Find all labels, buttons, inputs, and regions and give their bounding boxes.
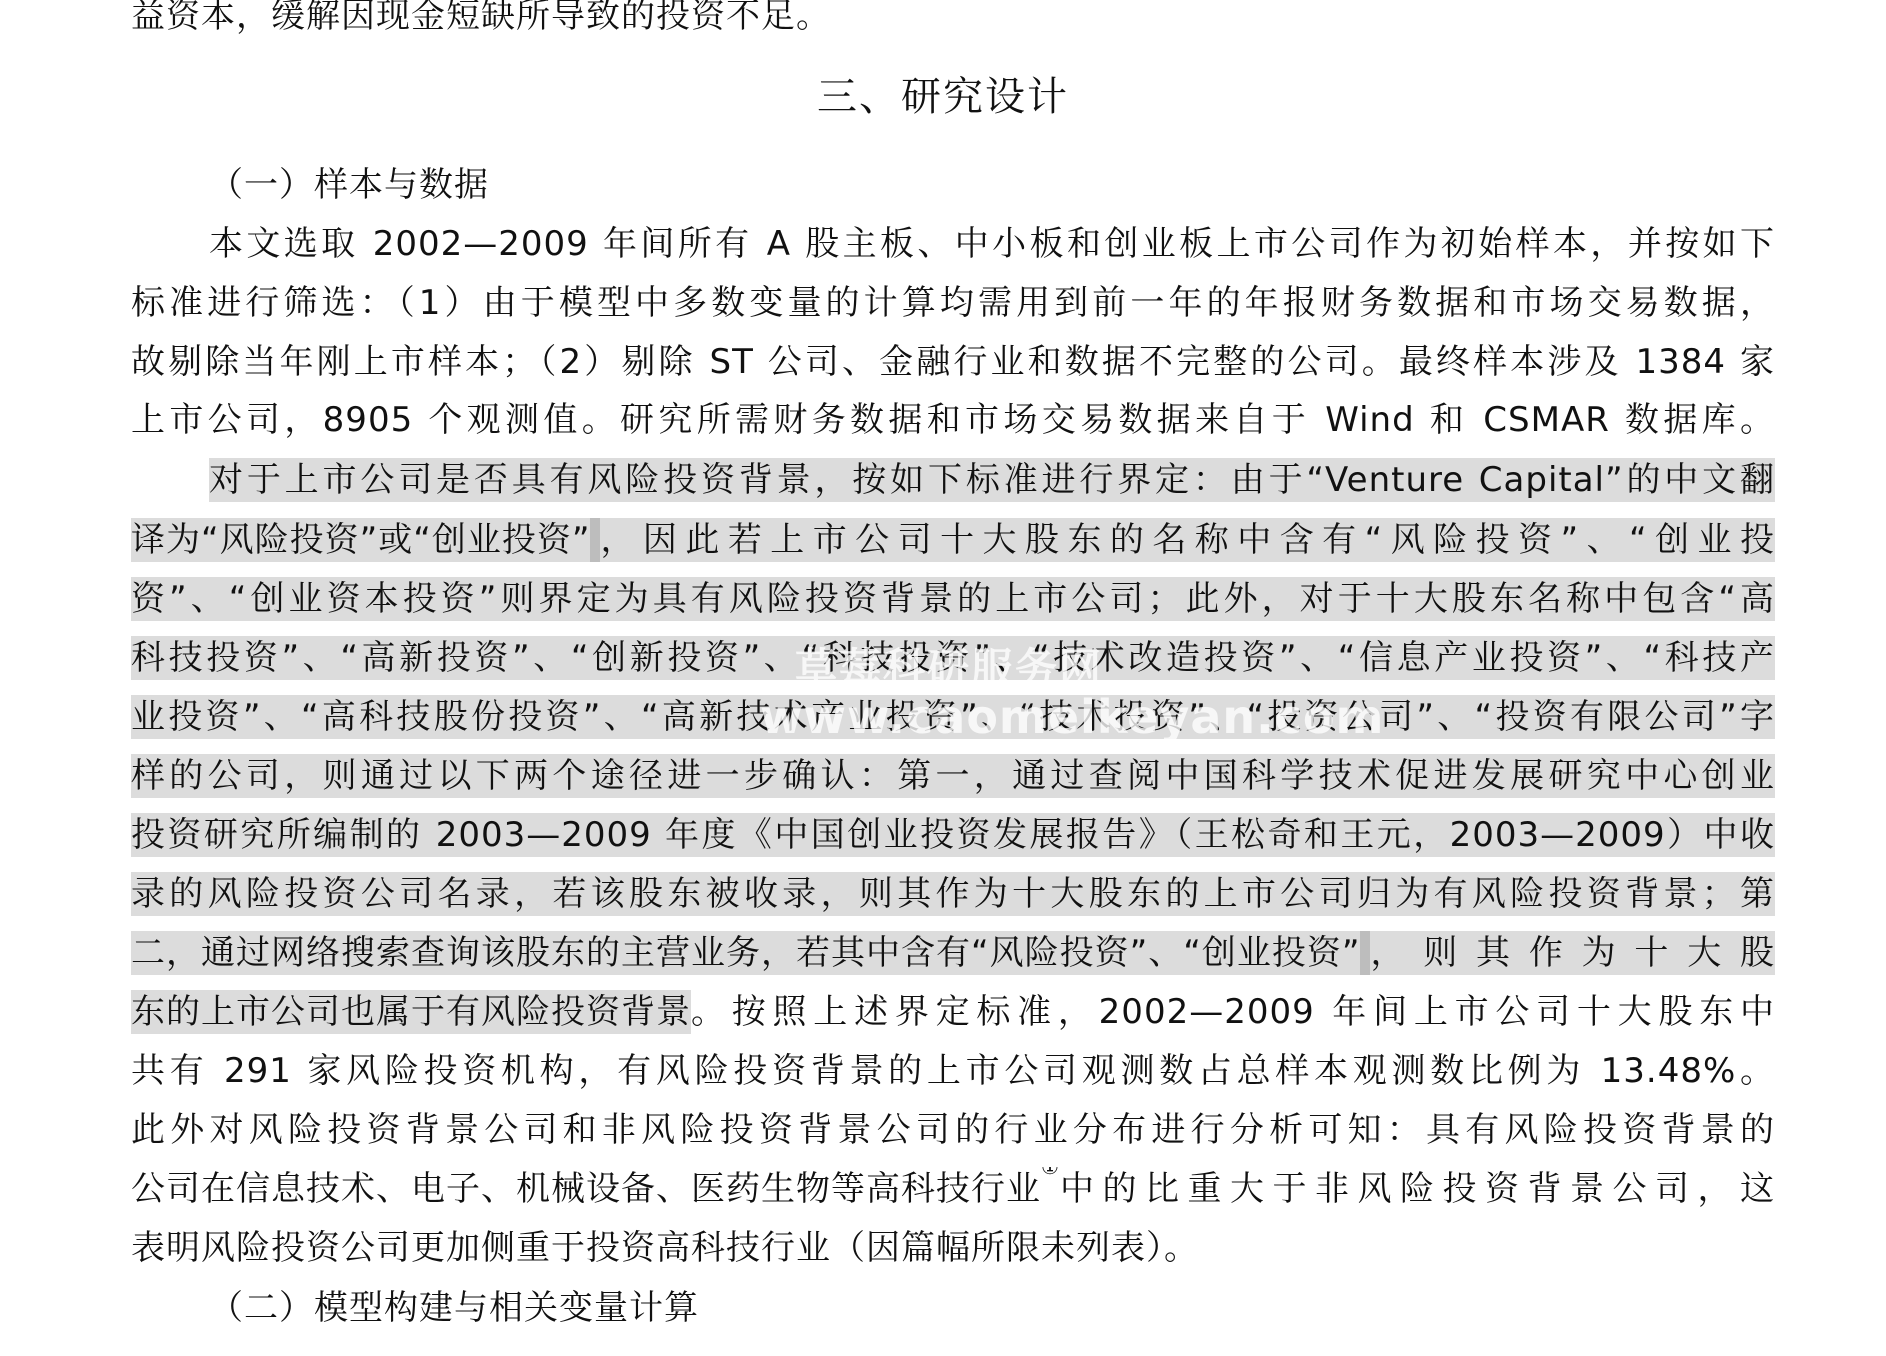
subsection-heading-sample-data: （一）样本与数据 bbox=[209, 163, 489, 207]
highlighted-line[interactable]: 对于上市公司是否具有风险投资背景，按如下标准进行界定：由于“Venture Ca… bbox=[209, 458, 1775, 502]
paragraph-line: 共有 291 家风险投资机构，有风险投资背景的上市公司观测数占总样本观测数比例为… bbox=[131, 1049, 1775, 1093]
highlight-segment: ，则其作为十大股 bbox=[1370, 931, 1775, 975]
highlighted-line[interactable]: 样的公司，则通过以下两个途径进一步确认：第一，通过查阅中国科学技术促进发展研究中… bbox=[131, 754, 1775, 798]
highlight-segment: 二，通过网络搜索查询该股东的主营业务，若其中含有“风险投资”、“创业投资” bbox=[131, 931, 1360, 975]
highlighted-line[interactable]: 投资研究所编制的 2003—2009 年度《中国创业投资发展报告》（王松奇和王元… bbox=[131, 813, 1775, 857]
paragraph-line: 故剔除当年刚上市样本；（2）剔除 ST 公司、金融行业和数据不完整的公司。最终样… bbox=[131, 340, 1775, 384]
highlighted-line[interactable]: 资”、“创业资本投资”则界定为具有风险投资背景的上市公司；此外，对于十大股东名称… bbox=[131, 577, 1775, 621]
selection-caret bbox=[590, 518, 600, 562]
highlighted-line[interactable]: 业投资”、“高科技股份投资”、“高新技术产业投资”、“技术投资”、“投资公司”、… bbox=[131, 695, 1775, 739]
highlight-segment[interactable]: 东的上市公司也属于有风险投资背景 bbox=[131, 990, 691, 1034]
document-page: 益资本，缓解因现金短缺所导致的投资不足。 三、研究设计 （一）样本与数据 本文选… bbox=[0, 0, 1886, 1356]
paragraph-line-mixed: 东的上市公司也属于有风险投资背景 。按照上述界定标准，2002—2009 年间上… bbox=[131, 990, 1775, 1034]
footnote-marker[interactable]: ① bbox=[1041, 1167, 1060, 1211]
paragraph-line: 公司在信息技术、电子、机械设备、医药生物等高科技行业 ① 中的比重大于非风险投资… bbox=[131, 1167, 1775, 1211]
subsection-heading-model: （二）模型构建与相关变量计算 bbox=[209, 1286, 699, 1330]
paragraph-segment: 公司在信息技术、电子、机械设备、医药生物等高科技行业 bbox=[131, 1167, 1041, 1211]
paragraph-line: 表明风险投资公司更加侧重于投资高科技行业（因篇幅所限未列表）。 bbox=[131, 1226, 1199, 1270]
paragraph-line: 上市公司，8905 个观测值。研究所需财务数据和市场交易数据来自于 Wind 和… bbox=[131, 398, 1775, 442]
top-fragment-line: 益资本，缓解因现金短缺所导致的投资不足。 bbox=[131, 0, 831, 38]
highlight-segment: 译为“风险投资”或“创业投资” bbox=[131, 518, 590, 562]
highlighted-line[interactable]: 科技投资”、“高新投资”、“创新投资”、“科技投资”、“技术改造投资”、“信息产… bbox=[131, 636, 1775, 680]
selection-caret bbox=[1360, 931, 1370, 975]
paragraph-line: 本文选取 2002—2009 年间所有 A 股主板、中小板和创业板上市公司作为初… bbox=[209, 222, 1775, 266]
paragraph-segment: 。按照上述界定标准，2002—2009 年间上市公司十大股东中 bbox=[691, 990, 1775, 1034]
highlight-segment: ，因此若上市公司十大股东的名称中含有“风险投资”、“创业投 bbox=[600, 518, 1775, 562]
paragraph-line: 标准进行筛选：（1）由于模型中多数变量的计算均需用到前一年的年报财务数据和市场交… bbox=[131, 281, 1775, 325]
section-heading: 三、研究设计 bbox=[0, 74, 1886, 120]
highlighted-line[interactable]: 二，通过网络搜索查询该股东的主营业务，若其中含有“风险投资”、“创业投资” ，则… bbox=[131, 931, 1775, 975]
paragraph-line: 此外对风险投资背景公司和非风险投资背景公司的行业分布进行分析可知：具有风险投资背… bbox=[131, 1108, 1775, 1152]
highlighted-line[interactable]: 译为“风险投资”或“创业投资” ，因此若上市公司十大股东的名称中含有“风险投资”… bbox=[131, 518, 1775, 562]
paragraph-segment: 中的比重大于非风险投资背景公司，这 bbox=[1060, 1167, 1775, 1211]
highlighted-line[interactable]: 录的风险投资公司名录，若该股东被收录，则其作为十大股东的上市公司归为有风险投资背… bbox=[131, 872, 1775, 916]
